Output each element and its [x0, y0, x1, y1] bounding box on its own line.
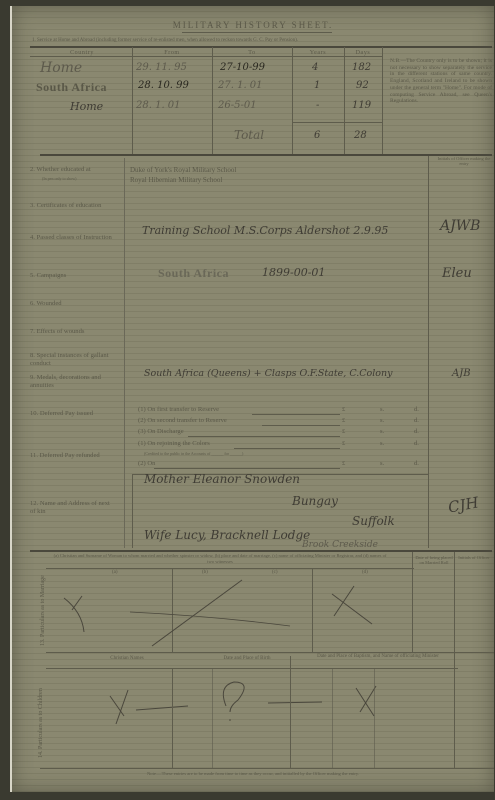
col-divider: [374, 668, 375, 768]
children-col-birth: Date and Place of Birth: [192, 656, 302, 661]
strike-marks: [12, 6, 494, 792]
col-divider: [332, 668, 333, 768]
col-divider: [172, 668, 173, 768]
col-divider: [290, 656, 291, 768]
col-divider: [212, 668, 213, 768]
children-col-baptism: Date and Place of Baptism, and Name of o…: [308, 654, 448, 660]
children-col-names: Christian Names: [72, 656, 182, 661]
rule: [46, 668, 458, 669]
military-history-sheet: MILITARY HISTORY SHEET. 1. Service at Ho…: [10, 6, 494, 792]
footer-note: Note.—These entries are to be made from …: [12, 771, 494, 776]
col-divider: [454, 652, 455, 768]
rule: [46, 652, 494, 653]
children-label: 14. Particulars as to Children: [38, 688, 44, 758]
rule: [40, 768, 494, 769]
